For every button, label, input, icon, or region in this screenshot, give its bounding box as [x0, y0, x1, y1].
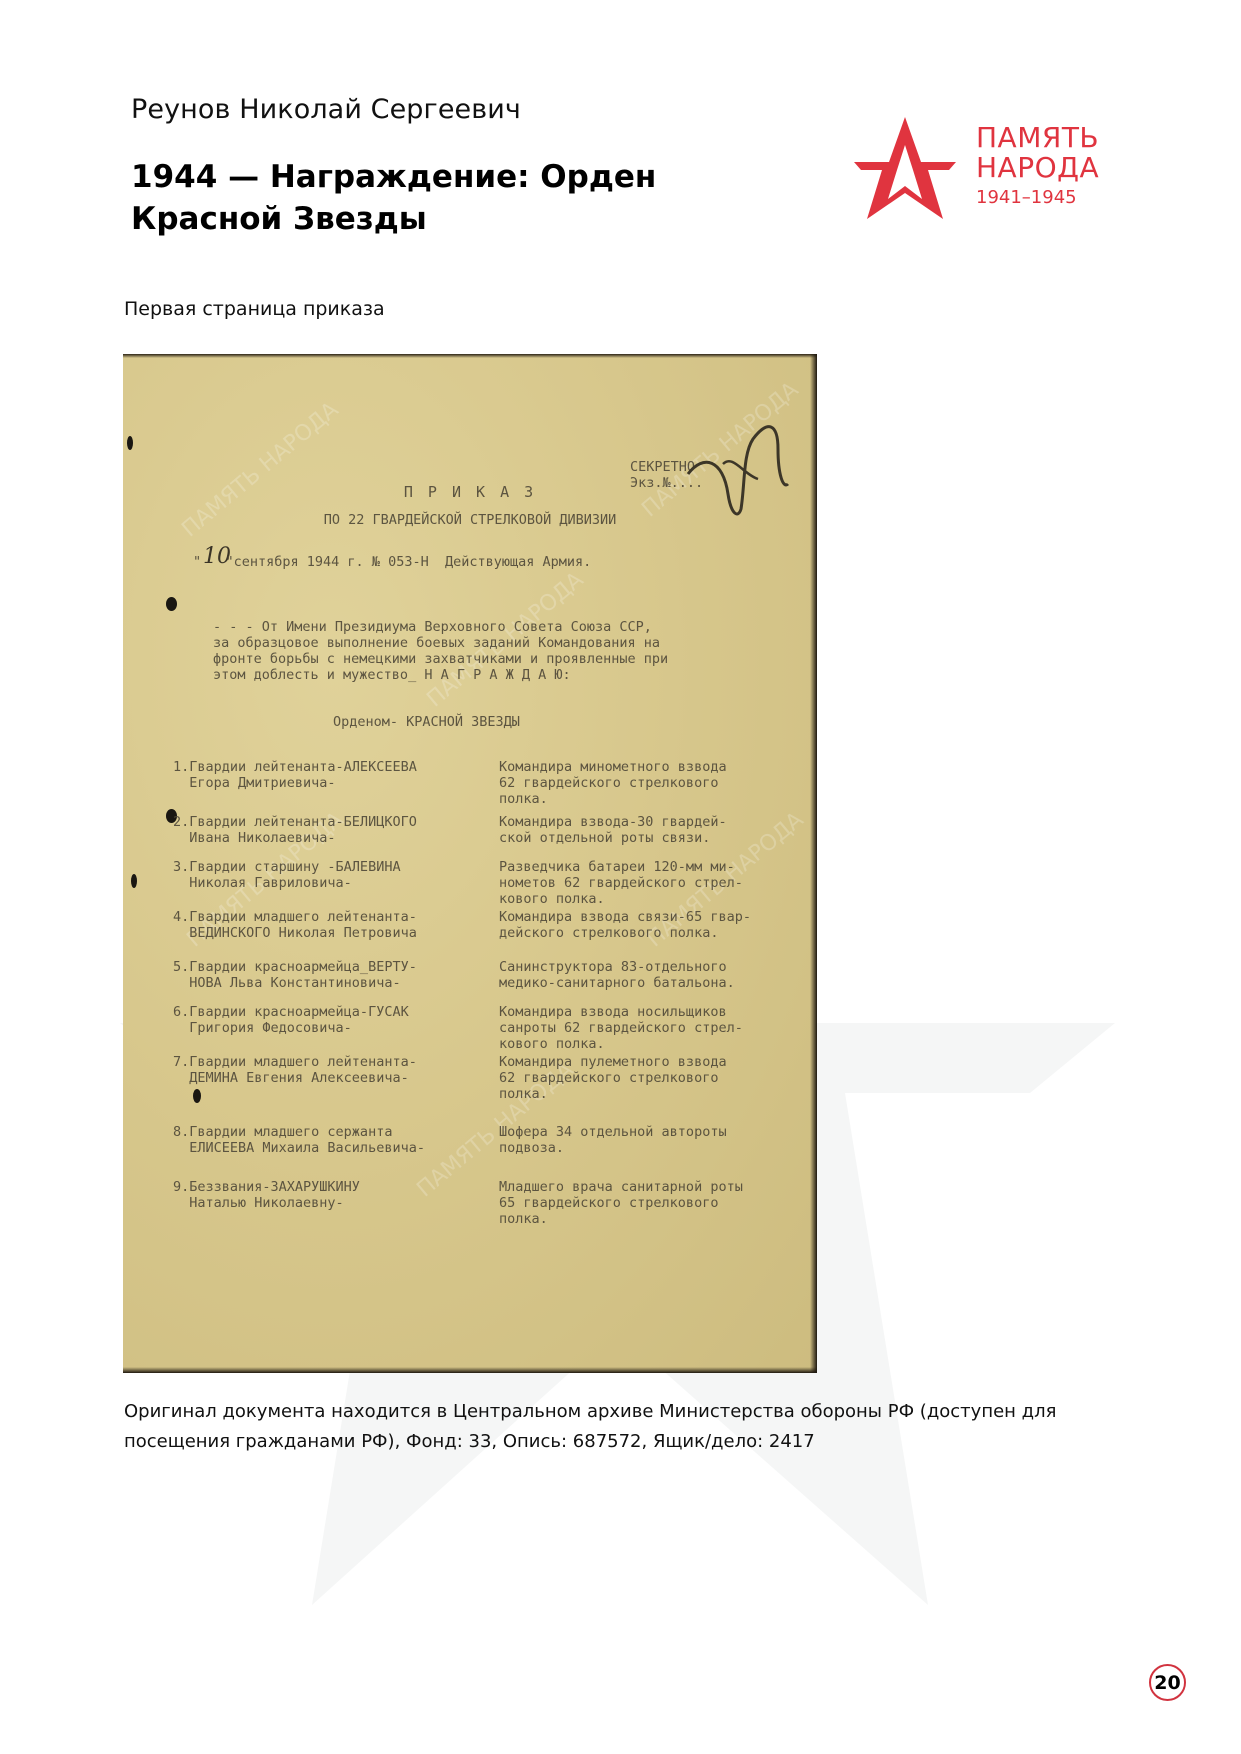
awardee-position-line: полка.	[499, 1211, 548, 1227]
awardee-name-line: ЕЛИСЕЕВА Михаила Васильевича-	[173, 1140, 425, 1156]
award-title: 1944 — Награждение: Орден Красной Звезды	[131, 156, 771, 240]
scan-edge	[810, 354, 817, 1373]
logo-line-2: НАРОДА	[976, 153, 1099, 183]
awardee-name-line: 1.Гвардии лейтенанта-АЛЕКСЕЕВА	[173, 759, 417, 775]
awardee-position-line: 62 гвардейского стрелкового	[499, 1070, 718, 1086]
awardee-position-line: медико-санитарного батальона.	[499, 975, 735, 991]
pamyat-naroda-logo[interactable]: ПАМЯТЬ НАРОДА 1941–1945	[848, 115, 1128, 220]
awardee-position-line: Командира минометного взвода	[499, 759, 727, 775]
awardee-name-line: Григория Федосовича-	[173, 1020, 352, 1036]
logo-years: 1941–1945	[976, 185, 1099, 211]
awardee-name-line: 7.Гвардии младшего лейтенанта-	[173, 1054, 417, 1070]
awardee-name-line: 4.Гвардии младшего лейтенанта-	[173, 909, 417, 925]
awardee-position-line: кового полка.	[499, 891, 605, 907]
awardee-position-line: Командира пулеметного взвода	[499, 1054, 727, 1070]
preamble-line: - - - От Имени Президиума Верховного Сов…	[213, 619, 652, 635]
awardee-position-line: подвоза.	[499, 1140, 564, 1156]
awardee-position-line: полка.	[499, 791, 548, 807]
handwritten-signature-mark	[683, 414, 793, 524]
logo-text: ПАМЯТЬ НАРОДА 1941–1945	[976, 123, 1099, 211]
awardee-name-line: ВЕДИНСКОГО Николая Петровича	[173, 925, 417, 941]
awardee-position-line: ской отдельной роты связи.	[499, 830, 710, 846]
punch-hole	[131, 874, 137, 888]
scan-edge	[123, 1367, 817, 1373]
awardee-position-line: Младшего врача санитарной роты	[499, 1179, 743, 1195]
awardee-name-line: Николая Гавриловича-	[173, 875, 352, 891]
awardee-name-line: Ивана Николаевича-	[173, 830, 336, 846]
order-heading: П Р И К А З	[123, 484, 817, 500]
awardee-name-line: 3.Гвардии старшину -БАЛЕВИНА	[173, 859, 401, 875]
awardee-position-line: Разведчика батареи 120-мм ми-	[499, 859, 735, 875]
preamble-line: фронте борьбы с немецкими захватчиками и…	[213, 651, 668, 667]
awardee-name-line: 9.Беззвания-ЗАХАРУШКИНУ	[173, 1179, 360, 1195]
awardee-position-line: полка.	[499, 1086, 548, 1102]
awardee-name-line: Егора Дмитриевича-	[173, 775, 336, 791]
preamble-line: этом доблесть и мужество_ Н А Г Р А Ж Д …	[213, 667, 571, 683]
punch-hole	[166, 597, 177, 611]
order-name: Орденом- КРАСНОЙ ЗВЕЗДЫ	[333, 714, 520, 730]
awardee-position-line: Шофера 34 отдельной автороты	[499, 1124, 727, 1140]
awardee-name-line: 6.Гвардии красноармейца-ГУСАК	[173, 1004, 409, 1020]
awardee-name-line: 8.Гвардии младшего сержанта	[173, 1124, 392, 1140]
awardee-position-line: 62 гвардейского стрелкового	[499, 775, 718, 791]
page-number: 20	[1149, 1664, 1186, 1701]
awardee-position-line: кового полка.	[499, 1036, 605, 1052]
awardee-name-line: НОВА Льва Константиновича-	[173, 975, 401, 991]
awardee-position-line: 65 гвардейского стрелкового	[499, 1195, 718, 1211]
person-name: Реунов Николай Сергеевич	[131, 94, 521, 125]
awardee-position-line: Командира взвода носильщиков	[499, 1004, 727, 1020]
order-date-line: " "сентября 1944 г. № 053-Н Действующая …	[193, 554, 591, 570]
scanned-order-document: ПАМЯТЬ НАРОДА ПАМЯТЬ НАРОДА ПАМЯТЬ НАРОД…	[123, 354, 817, 1373]
red-star-icon	[848, 115, 966, 220]
preamble-line: за образцовое выполнение боевых заданий …	[213, 635, 660, 651]
section-subtitle: Первая страница приказа	[124, 298, 385, 320]
logo-line-1: ПАМЯТЬ	[976, 123, 1099, 153]
awardee-name-line: 5.Гвардии красноармейца_ВЕРТУ-	[173, 959, 417, 975]
awardee-name-line: Наталью Николаевну-	[173, 1195, 344, 1211]
awardee-position-line: Командира взвода-30 гвардей-	[499, 814, 727, 830]
punch-hole	[127, 436, 133, 450]
awardee-position-line: нометов 62 гвардейского стрел-	[499, 875, 743, 891]
punch-hole	[193, 1089, 201, 1103]
awardee-name-line: 2.Гвардии лейтенанта-БЕЛИЦКОГО	[173, 814, 417, 830]
scan-edge	[123, 354, 817, 358]
order-subheading: ПО 22 ГВАРДЕЙСКОЙ СТРЕЛКОВОЙ ДИВИЗИИ	[123, 512, 817, 528]
archive-caption: Оригинал документа находится в Центральн…	[124, 1397, 1124, 1457]
awardee-name-line: ДЕМИНА Евгения Алексеевича-	[173, 1070, 409, 1086]
awardee-position-line: санроты 62 гвардейского стрел-	[499, 1020, 743, 1036]
awardee-position-line: Санинструктора 83-отдельного	[499, 959, 727, 975]
awardee-position-line: Командира взвода связи-65 гвар-	[499, 909, 751, 925]
awardee-position-line: дейского стрелкового полка.	[499, 925, 718, 941]
